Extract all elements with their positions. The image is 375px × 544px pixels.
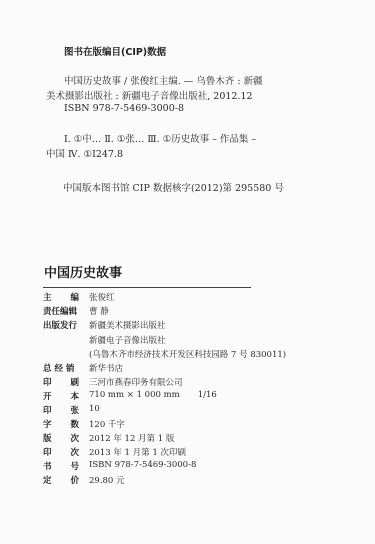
format-value: 710 mm × 1 000 mm1/16 — [89, 390, 217, 400]
catalog-isbn: ISBN 978-7-5469-3000-8 — [64, 103, 184, 114]
row-label: 字数 — [43, 418, 79, 430]
chief-editor-value: 张俊红 — [89, 291, 115, 303]
row-label: 开本 — [43, 390, 79, 402]
price-value: 29.80 元 — [89, 474, 125, 486]
printing-value: 2013 年 1 月第 1 次印刷 — [89, 446, 186, 458]
classification-line-2: 中国 Ⅳ. ①I247.8 — [46, 146, 123, 160]
publisher-value-2: 新疆电子音像出版社 — [89, 334, 166, 346]
distributor-value: 新华书店 — [89, 362, 123, 374]
row-label: 印张 — [43, 404, 79, 416]
row-label: 书号 — [43, 460, 79, 472]
isbn-value: ISBN 978-7-5469-3000-8 — [89, 460, 196, 470]
word-count-value: 120 千字 — [89, 418, 125, 430]
row-label: 出版发行 — [43, 319, 79, 331]
catalog-line-1: 中国历史故事 / 张俊红主编. — 乌鲁木齐 : 新疆 — [64, 73, 263, 87]
publisher-address: (乌鲁木齐市经济技术开发区科技园路 7 号 830011) — [89, 348, 286, 360]
row-label: 定价 — [43, 474, 79, 486]
cip-record-number: 中国版本图书馆 CIP 数据核字(2012)第 295580 号 — [63, 180, 284, 194]
edition-value: 2012 年 12 月第 1 版 — [89, 432, 174, 444]
row-label: 印次 — [43, 446, 79, 458]
classification-line-1: Ⅰ. ①中… Ⅱ. ①张… Ⅲ. ①历史故事 – 作品集 – — [64, 131, 256, 145]
book-title: 中国历史故事 — [44, 262, 122, 281]
catalog-line-2: 美术摄影出版社 : 新疆电子音像出版社, 2012.12 — [46, 88, 253, 102]
printer-value: 三河市燕春印务有限公司 — [89, 376, 183, 388]
printed-sheets-value: 10 — [89, 404, 100, 414]
cip-heading: 图书在版编目(CIP)数据 — [64, 44, 166, 58]
row-label: 版次 — [43, 432, 79, 444]
publisher-value-1: 新疆美术摄影出版社 — [89, 319, 166, 331]
title-divider — [43, 287, 251, 288]
row-label: 印刷 — [43, 376, 79, 388]
row-label: 主编 — [43, 291, 79, 303]
row-label: 责任编辑 — [43, 305, 79, 317]
responsible-editor-value: 曹 静 — [89, 305, 109, 317]
row-label: 总 经 销 — [43, 362, 79, 374]
